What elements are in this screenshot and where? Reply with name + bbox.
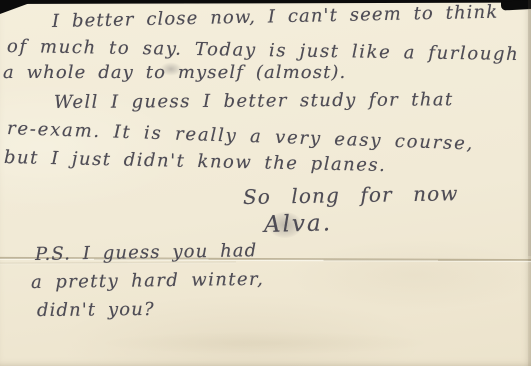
postscript-line: P.S. I guess you had xyxy=(35,240,258,265)
paper-stain xyxy=(105,332,425,354)
postscript-line: a pretty hard winter, xyxy=(31,269,264,293)
body-line: I better close now, I can't seem to thin… xyxy=(52,2,499,32)
scan-edge-top-right-corner xyxy=(501,0,531,11)
scan-edge-top-left-corner xyxy=(0,0,38,14)
signature: Alva. xyxy=(264,210,333,238)
closing-line: So long for now xyxy=(243,181,459,209)
letter-scan: I better close now, I can't seem to thin… xyxy=(0,0,531,366)
body-line: but I just didn't know the planes. xyxy=(4,147,387,176)
body-line: a whole day to myself (almost). xyxy=(3,62,346,83)
body-line: Well I guess I better study for that xyxy=(54,89,454,113)
body-line: of much to say. Today is just like a fur… xyxy=(7,36,520,65)
postscript-line: didn't you? xyxy=(37,299,155,321)
